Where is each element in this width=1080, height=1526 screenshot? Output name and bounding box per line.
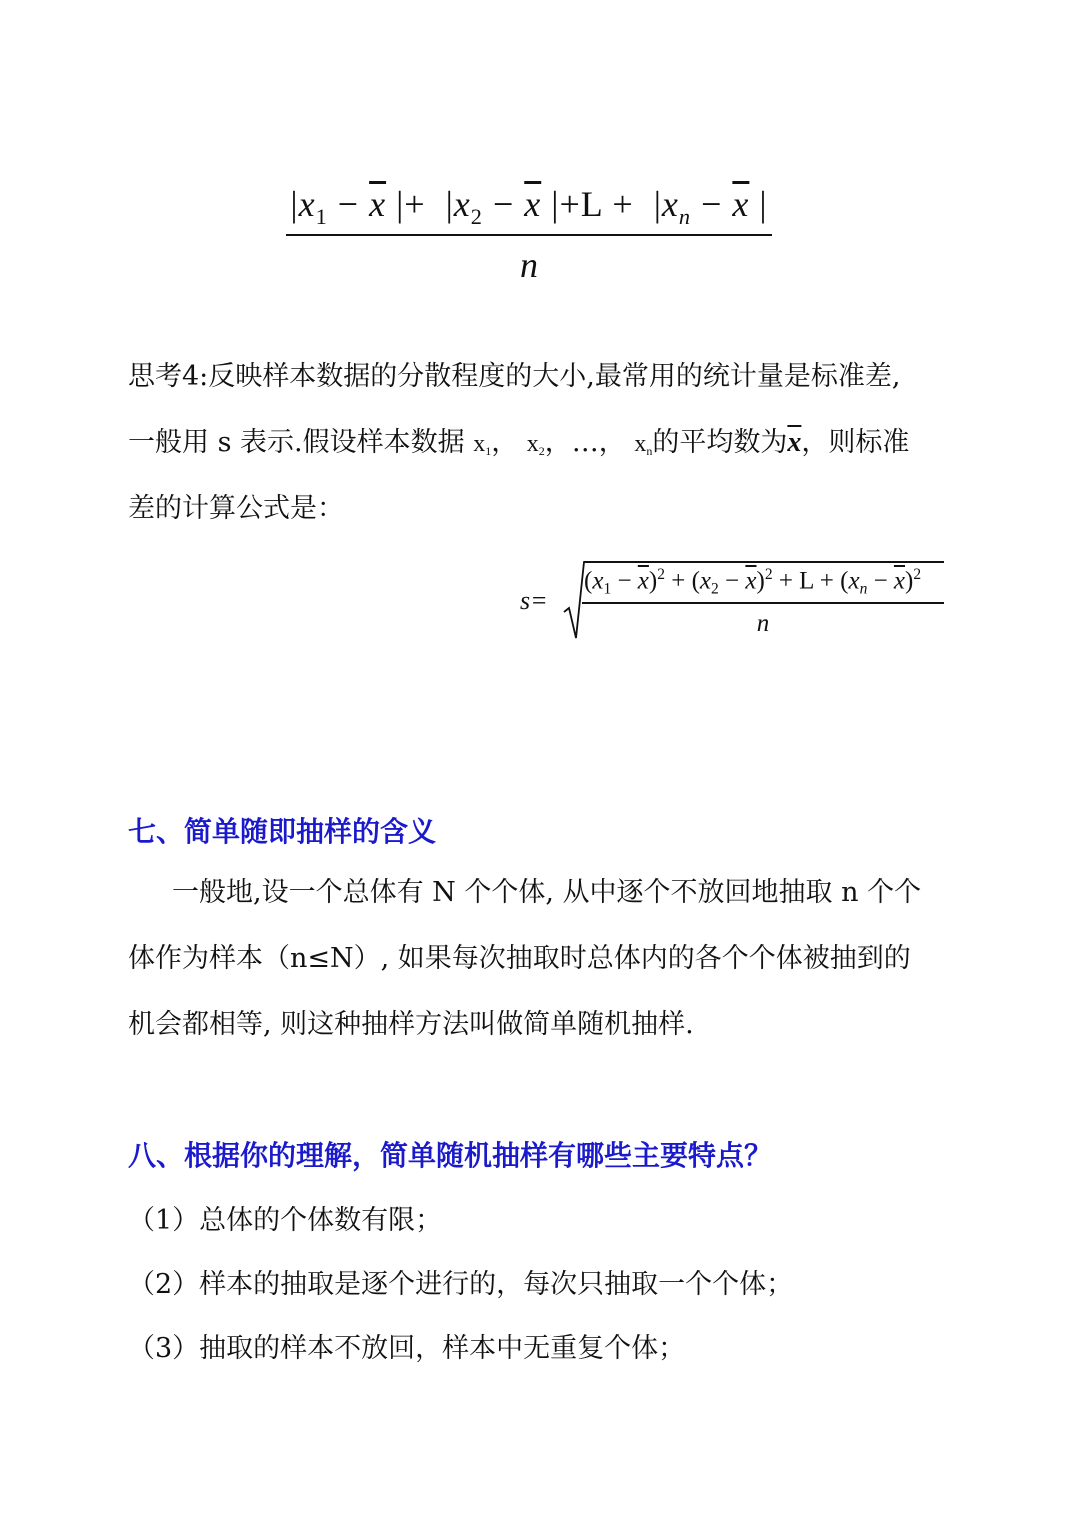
formula-lhs: s= — [520, 586, 548, 616]
text: ，则标准 — [801, 427, 909, 458]
feature-item-1: （1）总体的个体数有限； — [128, 1198, 442, 1237]
think4-paragraph: 思考4:反映样本数据的分散程度的大小,最常用的统计量是标准差, 一般用 s 表示… — [128, 344, 988, 542]
fraction-bar — [286, 234, 772, 236]
xn-symbol: xn — [634, 431, 652, 457]
formula-denominator: n — [582, 610, 944, 638]
formula-numerator: (x1 − x)2 + (x2 − x)2 + L + (xn − x)2 — [584, 566, 921, 599]
section-8-heading: 八、根据你的理解，简单随机抽样有哪些主要特点？ — [128, 1134, 772, 1174]
section-7-paragraph: 一般地,设一个总体有 N 个个体, 从中逐个不放回地抽取 n 个个 体作为样本（… — [128, 860, 988, 1058]
text: 的平均数为 — [652, 427, 787, 458]
section-7-line: 一般地,设一个总体有 N 个个体, 从中逐个不放回地抽取 n 个个 — [128, 860, 988, 926]
xbar-symbol: x — [787, 427, 801, 458]
text: …， — [572, 427, 626, 458]
text: ， — [545, 427, 572, 458]
section-7-line: 机会都相等, 则这种抽样方法叫做简单随机抽样. — [128, 992, 988, 1058]
feature-item-2: （2）样本的抽取是逐个进行的，每次只抽取一个个体； — [128, 1262, 793, 1301]
formula-numerator: |x1 − x |+ |x2 − x |+L + |xn − x | — [286, 178, 772, 230]
section-7-line: 体作为样本（n≤N）, 如果每次抽取时总体内的各个个体被抽到的 — [128, 926, 988, 992]
think4-line-2: 一般用 s 表示.假设样本数据 x1， x2，…， xn的平均数为x，则标准 — [128, 410, 988, 476]
text: 一般用 s 表示.假设样本数据 — [128, 427, 473, 458]
x2-symbol: x2 — [527, 431, 545, 457]
x1-symbol: x1 — [473, 431, 491, 457]
formula-standard-deviation: s= (x1 − x)2 + (x2 − x)2 + L + (xn − x)2… — [520, 556, 930, 646]
formula-mean-absolute-deviation: |x1 − x |+ |x2 − x |+L + |xn − x | n — [286, 178, 772, 286]
formula-denominator: n — [286, 244, 772, 286]
sqrt-radical: (x1 − x)2 + (x2 − x)2 + L + (xn − x)2 n — [562, 560, 942, 642]
think4-line-3: 差的计算公式是： — [128, 476, 988, 542]
section-7-heading: 七、简单随即抽样的含义 — [128, 810, 436, 850]
text: ， — [491, 427, 518, 458]
feature-item-3: （3）抽取的样本不放回，样本中无重复个体； — [128, 1326, 685, 1365]
think4-line-1: 思考4:反映样本数据的分散程度的大小,最常用的统计量是标准差, — [128, 344, 988, 410]
fraction-bar — [582, 602, 944, 604]
